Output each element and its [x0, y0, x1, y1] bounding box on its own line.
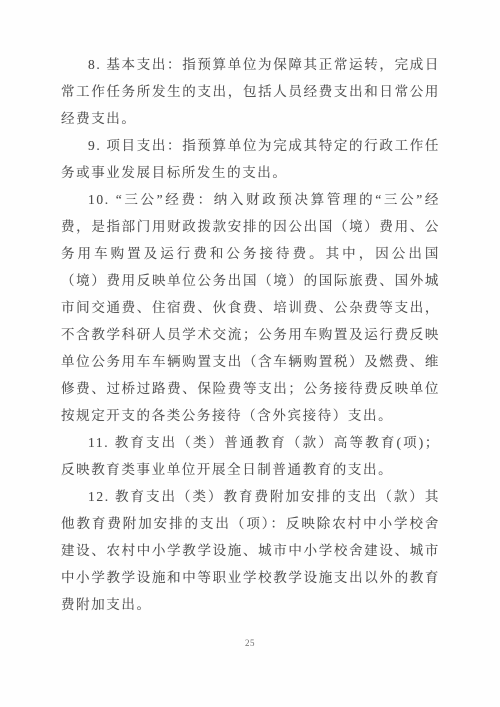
document-text-block: 8. 基本支出：指预算单位为保障其正常运转，完成日常工作任务所发生的支出，包括人…: [61, 51, 440, 618]
paragraph-item-11: 11. 教育支出（类）普通教育（款）高等教育(项)；反映教育类事业单位开展全日制…: [61, 429, 440, 483]
paragraph-item-10: 10. “三公”经费：纳入财政预决算管理的“三公”经费，是指部门用财政拨款安排的…: [61, 186, 440, 429]
paragraph-item-8: 8. 基本支出：指预算单位为保障其正常运转，完成日常工作任务所发生的支出，包括人…: [61, 51, 440, 132]
paragraph-item-9: 9. 项目支出：指预算单位为完成其特定的行政工作任务或事业发展目标所发生的支出。: [61, 132, 440, 186]
document-page: 8. 基本支出：指预算单位为保障其正常运转，完成日常工作任务所发生的支出，包括人…: [0, 0, 500, 707]
page-number: 25: [0, 638, 500, 648]
paragraph-item-12: 12. 教育支出（类）教育费附加安排的支出（款）其他教育费附加安排的支出（项）：…: [61, 483, 440, 618]
